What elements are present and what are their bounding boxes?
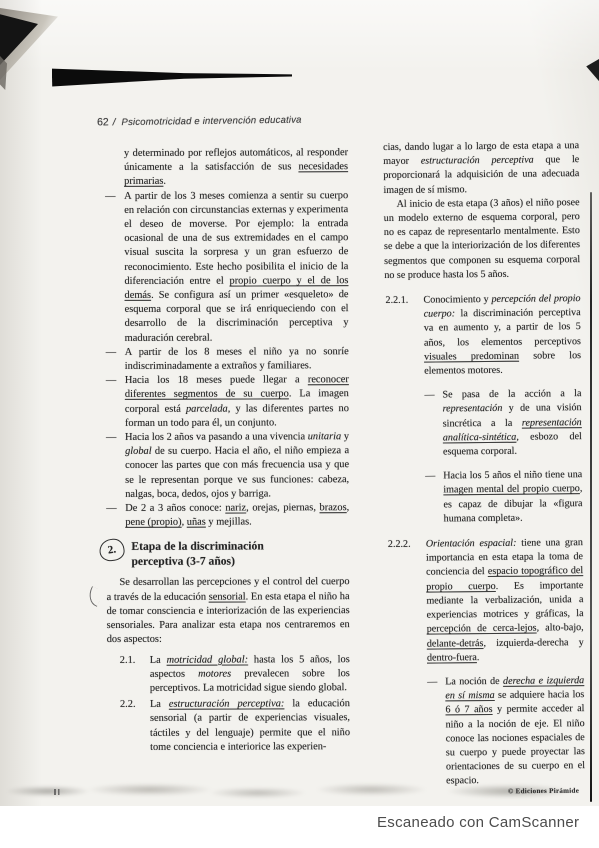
header-separator: / — [113, 117, 116, 128]
list-item: — A partir de los 3 meses comienza a sen… — [105, 189, 349, 346]
paragraph-continuation: cias, dando lugar a lo largo de esta eta… — [383, 139, 580, 198]
numbered-item: 2.2.1. Conocimiento y percepción del pro… — [384, 292, 582, 527]
publisher-credit: © Ediciones Pirámide — [508, 787, 579, 796]
item-body: Conocimiento y percepción del propio cue… — [423, 292, 582, 527]
section-title: Etapa de la discriminación perceptiva (3… — [131, 539, 303, 570]
circled-section-number: 2. — [98, 538, 126, 563]
page-number: 62 — [97, 116, 109, 128]
list-item-text: A partir de los 8 meses el niño ya no so… — [125, 346, 349, 372]
camscanner-watermark: Escaneado con CamScanner — [377, 814, 579, 831]
section-heading: 2. Etapa de la discriminación perceptiva… — [99, 539, 349, 570]
scan-artifact-margin-mark — [54, 789, 61, 795]
list-item-text: Hacia los 2 años va pasando a una vivenc… — [125, 431, 349, 500]
paragraph: Al inicio de esta etapa (3 años) el niño… — [384, 196, 581, 283]
item-number: 2.2.1. — [385, 294, 408, 308]
sub-list-item-text: La noción de derecha e izquierda en sí m… — [445, 675, 585, 787]
scan-artifact-black-bar — [52, 65, 292, 87]
camscanner-strip: Escaneado con CamScanner — [0, 806, 599, 848]
dash-bullet: — — [424, 389, 434, 403]
sub-list-item-text: Hacia los 5 años el niño tiene una image… — [443, 469, 582, 524]
item-text: Conocimiento y percepción del propio cue… — [423, 292, 581, 379]
numbered-item: 2.2. La estructuración perceptiva: la ed… — [107, 697, 350, 755]
dash-bullet: — — [106, 374, 116, 388]
paragraph: Se desarrollan las percepciones y el con… — [106, 576, 349, 648]
numbered-item: 2.2.2. Orientación espacial: tiene una g… — [387, 536, 585, 789]
item-number: 2.2. — [120, 698, 136, 712]
dash-bullet: — — [106, 502, 116, 516]
right-column: cias, dando lugar a lo largo de esta eta… — [383, 139, 585, 789]
pen-squiggle-mark — [85, 586, 104, 607]
sub-list-item: — La noción de derecha e izquierda en sí… — [427, 674, 585, 789]
list-item: — A partir de los 8 meses el niño ya no … — [106, 345, 349, 374]
sub-list-item-text: Se pasa de la acción a la representación… — [442, 388, 582, 457]
dash-bullet: — — [105, 190, 115, 204]
item-text: La estructuración perceptiva: la educaci… — [150, 698, 350, 752]
dash-bullet: — — [425, 470, 435, 484]
item-body: Orientación espacial: tiene una gran imp… — [426, 536, 585, 789]
list-item: — De 2 a 3 años conoce: nariz, orejas, p… — [106, 501, 349, 530]
dash-bullet: — — [106, 346, 116, 360]
left-column: y determinado por reflejos automáticos, … — [105, 146, 350, 755]
list-item-text: Hacia los 18 meses puede llegar a recono… — [125, 374, 349, 428]
sub-list-item: — Se pasa de la acción a la representaci… — [424, 387, 582, 460]
scanned-page: 62/Psicomotricidad e intervención educat… — [0, 0, 599, 806]
page-header: 62/Psicomotricidad e intervención educat… — [97, 110, 302, 131]
scan-artifact-top-right-mark — [584, 59, 599, 82]
item-text: La motricidad global: hasta los 5 años, … — [150, 654, 350, 694]
numbered-item: 2.1. La motricidad global: hasta los 5 a… — [107, 653, 350, 696]
section-number: 2. — [107, 543, 117, 559]
list-item-text: De 2 a 3 años conoce: nariz, orejas, pie… — [125, 502, 349, 528]
item-number: 2.2.2. — [388, 538, 411, 552]
paragraph-continuation: y determinado por reflejos automáticos, … — [105, 146, 348, 189]
scan-artifact-page-edge-line — [590, 192, 592, 802]
list-item: — Hacia los 18 meses puede llegar a reco… — [106, 373, 349, 431]
scanned-document-viewport: 62/Psicomotricidad e intervención educat… — [0, 0, 599, 848]
list-item-text: A partir de los 3 meses comienza a senti… — [124, 190, 348, 344]
item-text: Orientación espacial: tiene una gran imp… — [426, 536, 584, 665]
item-number: 2.1. — [120, 653, 136, 667]
running-title: Psicomotricidad e intervención educativa — [121, 115, 301, 129]
sub-list-item: — Hacia los 5 años el niño tiene una ima… — [425, 468, 583, 526]
list-item: — Hacia los 2 años va pasando a una vive… — [106, 430, 349, 502]
dash-bullet: — — [106, 431, 116, 445]
dash-bullet: — — [427, 675, 437, 689]
